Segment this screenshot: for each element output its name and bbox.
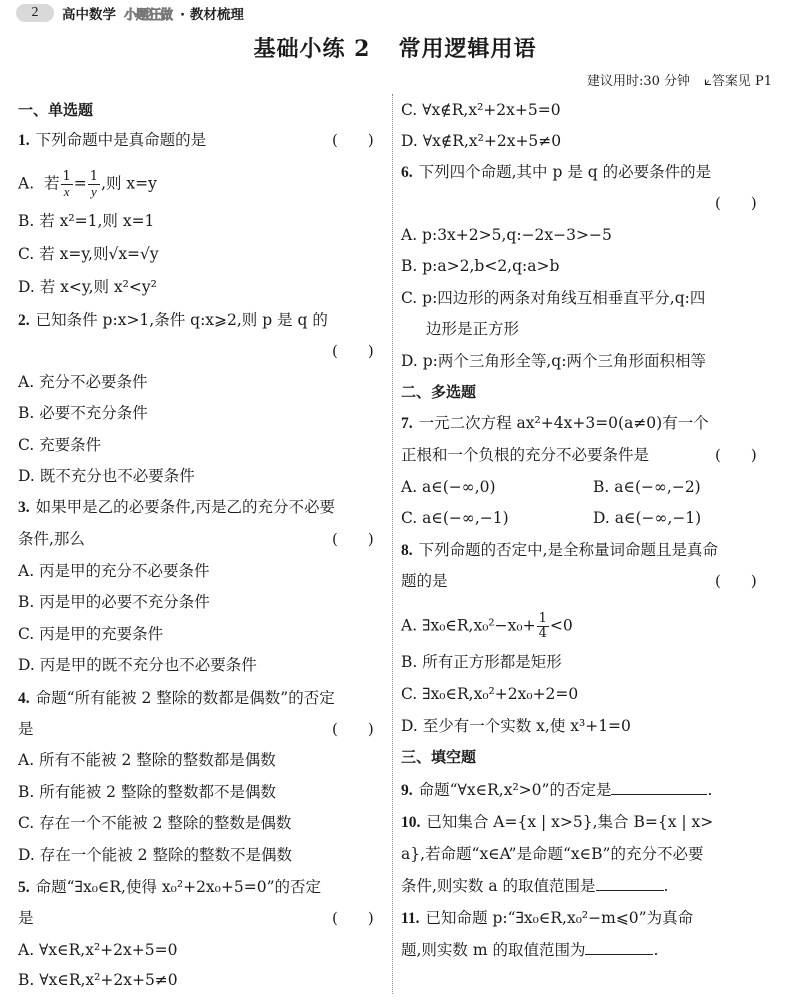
answer-blank[interactable] [611, 780, 707, 795]
answer-paren[interactable]: ( ) [715, 571, 757, 591]
option-A[interactable]: A. 丙是甲的充分不必要条件 [18, 561, 210, 581]
option-D[interactable]: D. 至少有一个实数 x,使 x³+1=0 [401, 716, 631, 736]
option-B[interactable]: B. 若 x²=1,则 x=1 [18, 211, 154, 231]
option-D[interactable]: D. 丙是甲的既不充分也不必要条件 [18, 655, 257, 675]
book-title: 高中数学 [62, 3, 116, 23]
option-B[interactable]: B. 丙是甲的必要不充分条件 [18, 592, 210, 612]
option-C-cont: 边形是正方形 [426, 319, 519, 339]
lesson-label: 基础小练 2 [254, 36, 371, 62]
running-header: 2 高中数学 小题狂做 · 教材梳理 [16, 3, 244, 23]
answer-paren[interactable]: ( ) [332, 529, 374, 549]
option-B[interactable]: B. a∈(−∞,−2) [593, 477, 701, 497]
fraction: 14 [537, 612, 549, 641]
option-B[interactable]: B. 所有正方形都是矩形 [401, 652, 562, 672]
topic-label: 常用逻辑用语 [398, 36, 536, 62]
question-10-cont: a},若命题“x∈A”是命题“x∈B”的充分不必要 [401, 844, 703, 864]
question-11-cont: 题,则实数 m 的取值范围为. [401, 940, 658, 960]
option-B[interactable]: B. p:a>2,b<2,q:a>b [401, 256, 559, 276]
question-1: 1.下列命题中是真命题的是 [18, 130, 206, 151]
question-5-cont: 是 [18, 908, 34, 928]
option-A[interactable]: A. a∈(−∞,0) [401, 477, 496, 497]
answer-paren[interactable]: ( ) [332, 130, 374, 150]
question-3: 3.如果甲是乙的必要条件,丙是乙的充分不必要 [18, 497, 335, 518]
option-B[interactable]: B. 必要不充分条件 [18, 403, 148, 423]
option-C[interactable]: C. a∈(−∞,−1) [401, 508, 509, 528]
question-6: 6.下列四个命题,其中 p 是 q 的必要条件的是 [401, 162, 711, 183]
option-A[interactable]: A. ∃x₀∈R,x₀²−x₀+14<0 [401, 612, 573, 641]
question-4-cont: 是 [18, 719, 34, 739]
option-C[interactable]: C. ∃x₀∈R,x₀²+2x₀+2=0 [401, 684, 578, 704]
option-A[interactable]: A. p:3x+2>5,q:−2x−3>−5 [401, 225, 612, 245]
option-C[interactable]: C. 存在一个不能被 2 整除的整数是偶数 [18, 813, 291, 833]
question-7: 7.一元二次方程 ax²+4x+3=0(a≠0)有一个 [401, 413, 709, 434]
option-A[interactable]: A. 充分不必要条件 [18, 372, 148, 392]
option-C[interactable]: C. 丙是甲的充要条件 [18, 624, 163, 644]
section-heading-single-choice: 一、单选题 [18, 100, 93, 120]
answer-blank[interactable] [596, 876, 664, 891]
question-8: 8.下列命题的否定中,是全称量词命题且是真命 [401, 540, 718, 561]
column-divider [392, 94, 393, 994]
question-4: 4.命题“所有能被 2 整除的数都是偶数”的否定 [18, 688, 335, 709]
suggested-time: 建议用时:30 分钟 [587, 74, 690, 89]
option-C[interactable]: C. 充要条件 [18, 435, 101, 455]
option-B[interactable]: B. 所有能被 2 整除的整数都不是偶数 [18, 782, 276, 802]
option-D[interactable]: D. p:两个三角形全等,q:两个三角形面积相等 [401, 351, 706, 371]
option-D[interactable]: D. 若 x<y,则 x²<y² [18, 277, 157, 297]
question-11: 11.已知命题 p:“∃x₀∈R,x₀²−m⩽0”为真命 [401, 908, 693, 929]
option-C[interactable]: C. p:四边形的两条对角线互相垂直平分,q:四 [401, 288, 705, 308]
option-A[interactable]: A. 若1x=1y,则 x=y [18, 170, 157, 199]
section-heading-multi-choice: 二、多选题 [401, 382, 476, 402]
page-title: 基础小练 2常用逻辑用语 [0, 32, 790, 63]
question-10-cont: 条件,则实数 a 的取值范围是. [401, 876, 668, 896]
question-number: 1. [18, 132, 30, 149]
question-7-cont: 正根和一个负根的充分不必要条件是 [401, 445, 649, 465]
answer-paren[interactable]: ( ) [715, 445, 757, 465]
option-D[interactable]: D. ∀x∉R,x²+2x+5≠0 [401, 131, 561, 151]
series-logo: 小题狂做 [124, 4, 172, 23]
fraction: 1y [88, 170, 100, 199]
option-D[interactable]: D. a∈(−∞,−1) [593, 508, 701, 528]
section-heading-fill-blank: 三、填空题 [401, 747, 476, 767]
question-8-cont: 题的是 [401, 571, 448, 591]
option-D[interactable]: D. 存在一个能被 2 整除的整数不是偶数 [18, 845, 292, 865]
meta-info: 建议用时:30 分钟⟀答案见 P1 [587, 70, 772, 89]
answer-reference: ⟀答案见 P1 [704, 74, 772, 89]
question-9: 9.命题“∀x∈R,x²>0”的否定是. [401, 780, 712, 801]
question-3-cont: 条件,那么 [18, 529, 85, 549]
answer-paren[interactable]: ( ) [332, 341, 374, 361]
option-B[interactable]: B. ∀x∈R,x²+2x+5≠0 [18, 970, 178, 990]
option-C[interactable]: C. ∀x∉R,x²+2x+5=0 [401, 100, 561, 120]
section-name: · 教材梳理 [180, 3, 244, 23]
answer-blank[interactable] [585, 940, 653, 955]
option-A[interactable]: A. 所有不能被 2 整除的整数都是偶数 [18, 750, 276, 770]
question-stem: 下列命题中是真命题的是 [36, 131, 207, 149]
option-C[interactable]: C. 若 x=y,则√x=√y [18, 244, 159, 264]
answer-paren[interactable]: ( ) [332, 719, 374, 739]
answer-paren[interactable]: ( ) [332, 908, 374, 928]
answer-paren[interactable]: ( ) [715, 193, 757, 213]
question-2: 2.已知条件 p:x>1,条件 q:x⩾2,则 p 是 q 的 [18, 310, 328, 331]
question-10: 10.已知集合 A={x | x>5},集合 B={x | x> [401, 812, 713, 833]
question-5: 5.命题“∃x₀∈R,使得 x₀²+2x₀+5=0”的否定 [18, 877, 321, 898]
page-number-badge: 2 [16, 4, 54, 22]
option-D[interactable]: D. 既不充分也不必要条件 [18, 466, 195, 486]
option-A[interactable]: A. ∀x∈R,x²+2x+5=0 [18, 940, 177, 960]
fraction: 1x [61, 170, 73, 199]
